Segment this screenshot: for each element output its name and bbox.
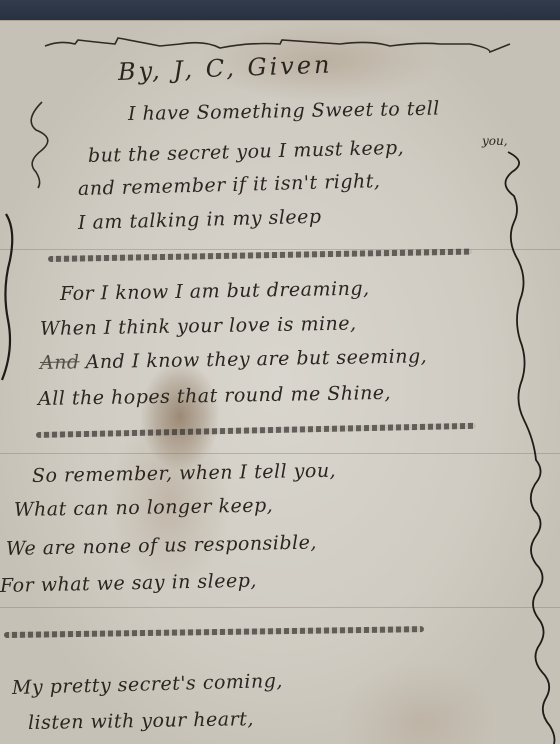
struck-word: ​​​​​​​​​​​​​​​​​​​​​​​​​​​​​​​​​​​​​​​​… [40, 351, 80, 374]
right-margin-flourish-icon [500, 150, 560, 744]
paper-fold [0, 453, 560, 454]
photo-backdrop [0, 0, 560, 22]
verse-line: listen with your heart, [28, 708, 254, 734]
verse-line: What can no longer keep, [14, 494, 274, 521]
left-margin-flourish-icon [0, 210, 20, 410]
paper-fold [0, 249, 560, 250]
left-margin-flourish-icon [14, 100, 54, 190]
inserted-word: you, [482, 134, 508, 148]
paper-fold [0, 607, 560, 608]
